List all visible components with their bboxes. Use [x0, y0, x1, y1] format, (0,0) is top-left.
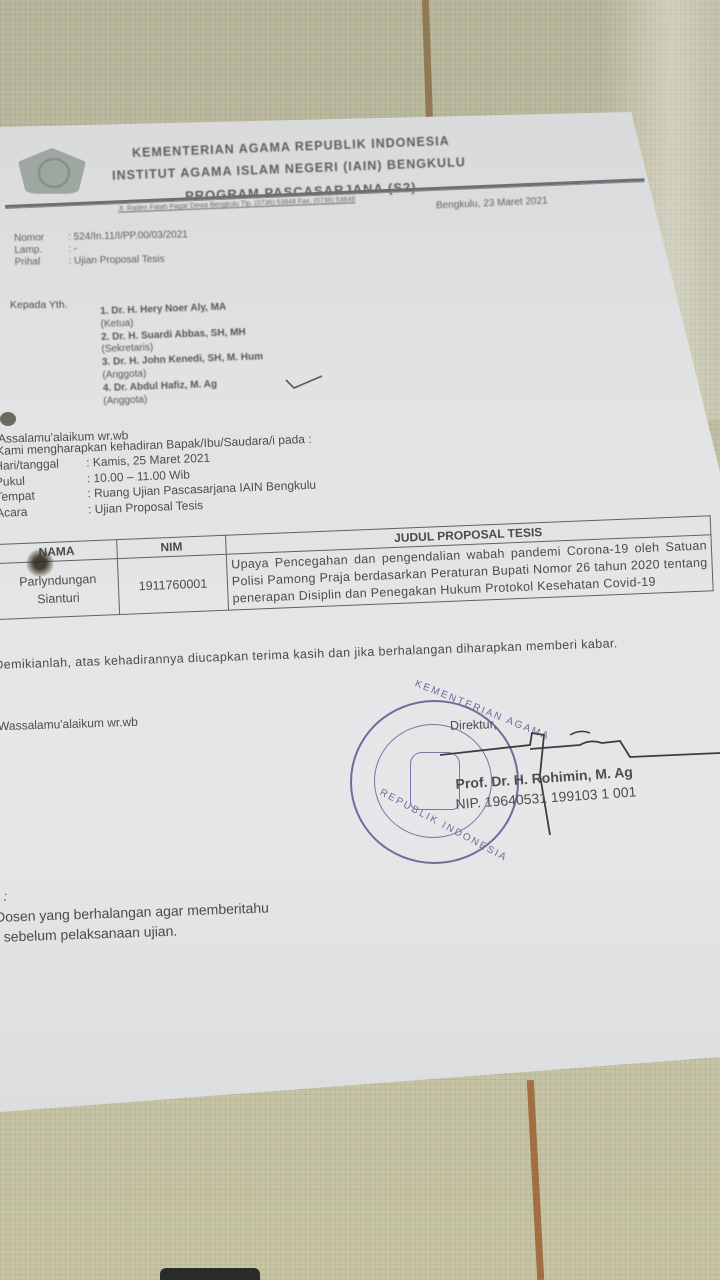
- cell-nama: Parlyndungan Sianturi: [0, 559, 120, 620]
- notes-section: Catatan : Dosen yang berhalangan agar me…: [0, 877, 270, 947]
- institution-logo-icon: [18, 148, 86, 194]
- punch-hole: [0, 412, 16, 426]
- event-details: Hari/tanggal: Kamis, 25 Maret 2021 Pukul…: [0, 447, 317, 521]
- place-date: Bengkulu, 23 Maret 2021: [436, 196, 548, 212]
- letter-meta: Nomor: 524/In.11/I/PP.00/03/2021 Lamp.: …: [14, 229, 188, 269]
- cell-nim: 1911760001: [117, 554, 228, 614]
- letterhead-institute: INSTITUT AGAMA ISLAM NEGERI (IAIN) BENGK…: [112, 155, 466, 183]
- meta-perihal: Prihal: Ujian Proposal Tesis: [15, 253, 189, 269]
- recipient-list: 1. Dr. H. Hery Noer Aly, MA (Ketua) 2. D…: [100, 300, 265, 408]
- closing-paragraph: Demikianlah, atas kehadirannya diucapkan…: [0, 630, 710, 676]
- thesis-table: NAMA NIM JUDUL PROPOSAL TESIS Parlyndung…: [0, 515, 714, 620]
- checkmark-icon: [284, 374, 324, 390]
- addressee-label: Kepada Yth.: [10, 299, 68, 311]
- letterhead-ministry: KEMENTERIAN AGAMA REPUBLIK INDONESIA: [132, 134, 450, 160]
- closing-greeting: Wassalamu'alaikum wr.wb: [0, 715, 138, 733]
- letter-document: KEMENTERIAN AGAMA REPUBLIK INDONESIA INS…: [0, 0, 720, 1280]
- burn-mark: [26, 548, 54, 578]
